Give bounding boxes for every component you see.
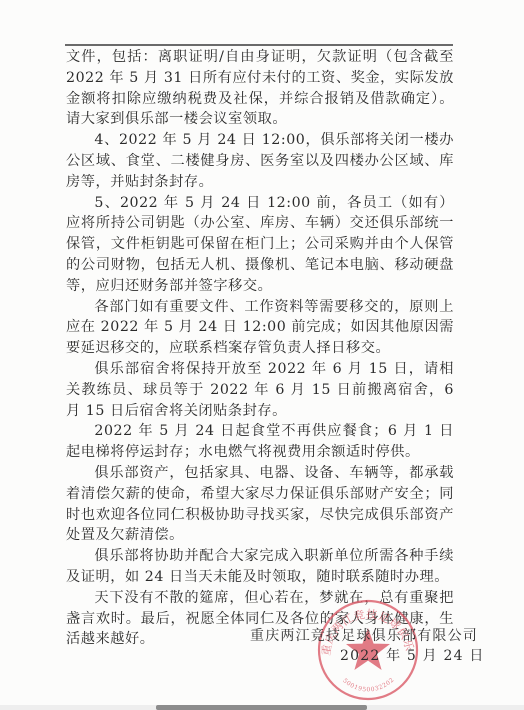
svg-text:5001950032202: 5001950032202 <box>341 676 396 693</box>
paragraph-department-handover: 各部门如有重要文件、工作资料等需要移交的，原则上应在 2022 年 5 月 24… <box>66 297 454 359</box>
paragraph-dormitory: 俱乐部宿舍将保持开放至 2022 年 6 月 15 日，请相关教练员、球员等于 … <box>66 359 454 421</box>
header-rule <box>65 44 453 46</box>
paragraph-canteen-utilities: 2022 年 5 月 24 日起食堂不再供应餐食；6 月 1 日起电梯将停运封存… <box>66 421 454 463</box>
paragraph-documents: 文件，包括：离职证明/自由身证明，欠款证明（包含截至 2022 年 5 月 31… <box>66 47 454 130</box>
paragraph-assets: 俱乐部资产，包括家具、电器、设备、车辆等，都承载着清偿欠薪的使命，希望大家尽力保… <box>66 463 454 546</box>
notice-body: 文件，包括：离职证明/自由身证明，欠款证明（包含截至 2022 年 5 月 31… <box>66 47 454 650</box>
signature-company: 重庆两江竞技足球俱乐部有限公司 <box>250 625 478 645</box>
stamp-number: 5001950032202 <box>341 676 396 693</box>
signature-date: 2022 年 5 月 24 日 <box>340 645 485 665</box>
document-page: 文件，包括：离职证明/自由身证明，欠款证明（包含截至 2022 年 5 月 31… <box>0 0 524 710</box>
scrollbar-thumb[interactable] <box>156 705 367 710</box>
paragraph-assistance: 俱乐部将协助并配合大家完成入职新单位所需各种手续及证明，如 24 日当天未能及时… <box>66 546 454 588</box>
paragraph-item-4: 4、2022 年 5 月 24 日 12:00，俱乐部将关闭一楼办公区域、食堂、… <box>66 130 454 192</box>
paragraph-item-5: 5、2022 年 5 月 24 日 12:00 前，各员工（如有）应将所持公司钥… <box>66 193 454 297</box>
